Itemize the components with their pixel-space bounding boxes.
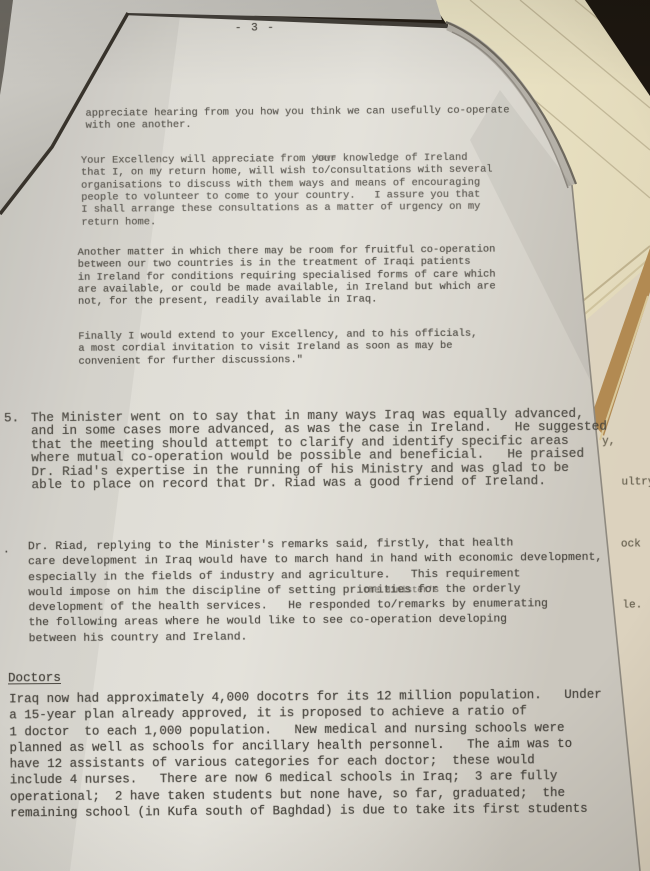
underlying-page-text-fragment: y,	[602, 436, 615, 448]
text-line: not, for the present, readily available …	[78, 293, 496, 309]
text-line: convenient for further discussions."	[78, 352, 477, 367]
text-line: with one another.	[86, 117, 510, 133]
paragraph-number: 5.	[4, 411, 19, 425]
text-line: remaining school (in Kufa south of Baghd…	[10, 801, 603, 822]
text-line: between his country and Ireland.	[29, 628, 603, 648]
paragraph-numbered-5: 5.The Minister went on to say that in ma…	[31, 407, 608, 492]
paragraph-quote-4: Finally I would extend to your Excellenc…	[78, 328, 477, 368]
section-heading-doctors: Doctors	[8, 671, 61, 685]
underlying-page-text-fragment: ock	[621, 538, 641, 550]
typed-insertion: have	[316, 153, 336, 165]
underlying-page-text-fragment: ultry	[621, 476, 650, 488]
paragraph-quote-2: Your Excellency will appreciate from you…	[81, 152, 493, 229]
typed-text-layer: - 3 - appreciate hearing from you how yo…	[0, 0, 650, 871]
paragraph-quote-1: appreciate hearing from you how you thin…	[85, 104, 509, 132]
text-line: return home.	[81, 213, 493, 229]
paragraph-number: .	[3, 543, 10, 558]
text-line: able to place on record that Dr. Riad wa…	[31, 474, 607, 492]
photo-of-document: - 3 - appreciate hearing from you how yo…	[0, 0, 650, 871]
paragraph-quote-3: Another matter in which there may be roo…	[78, 244, 496, 309]
typed-insertion: the Minister's	[363, 583, 439, 599]
page-number: - 3 -	[235, 22, 276, 34]
paragraph-doctors: Iraq now had approximately 4,000 docotrs…	[9, 687, 603, 822]
paragraph-dr-riad-reply: .Dr. Riad, replying to the Minister's re…	[28, 536, 603, 648]
underlying-page-text-fragment: le.	[622, 599, 642, 611]
